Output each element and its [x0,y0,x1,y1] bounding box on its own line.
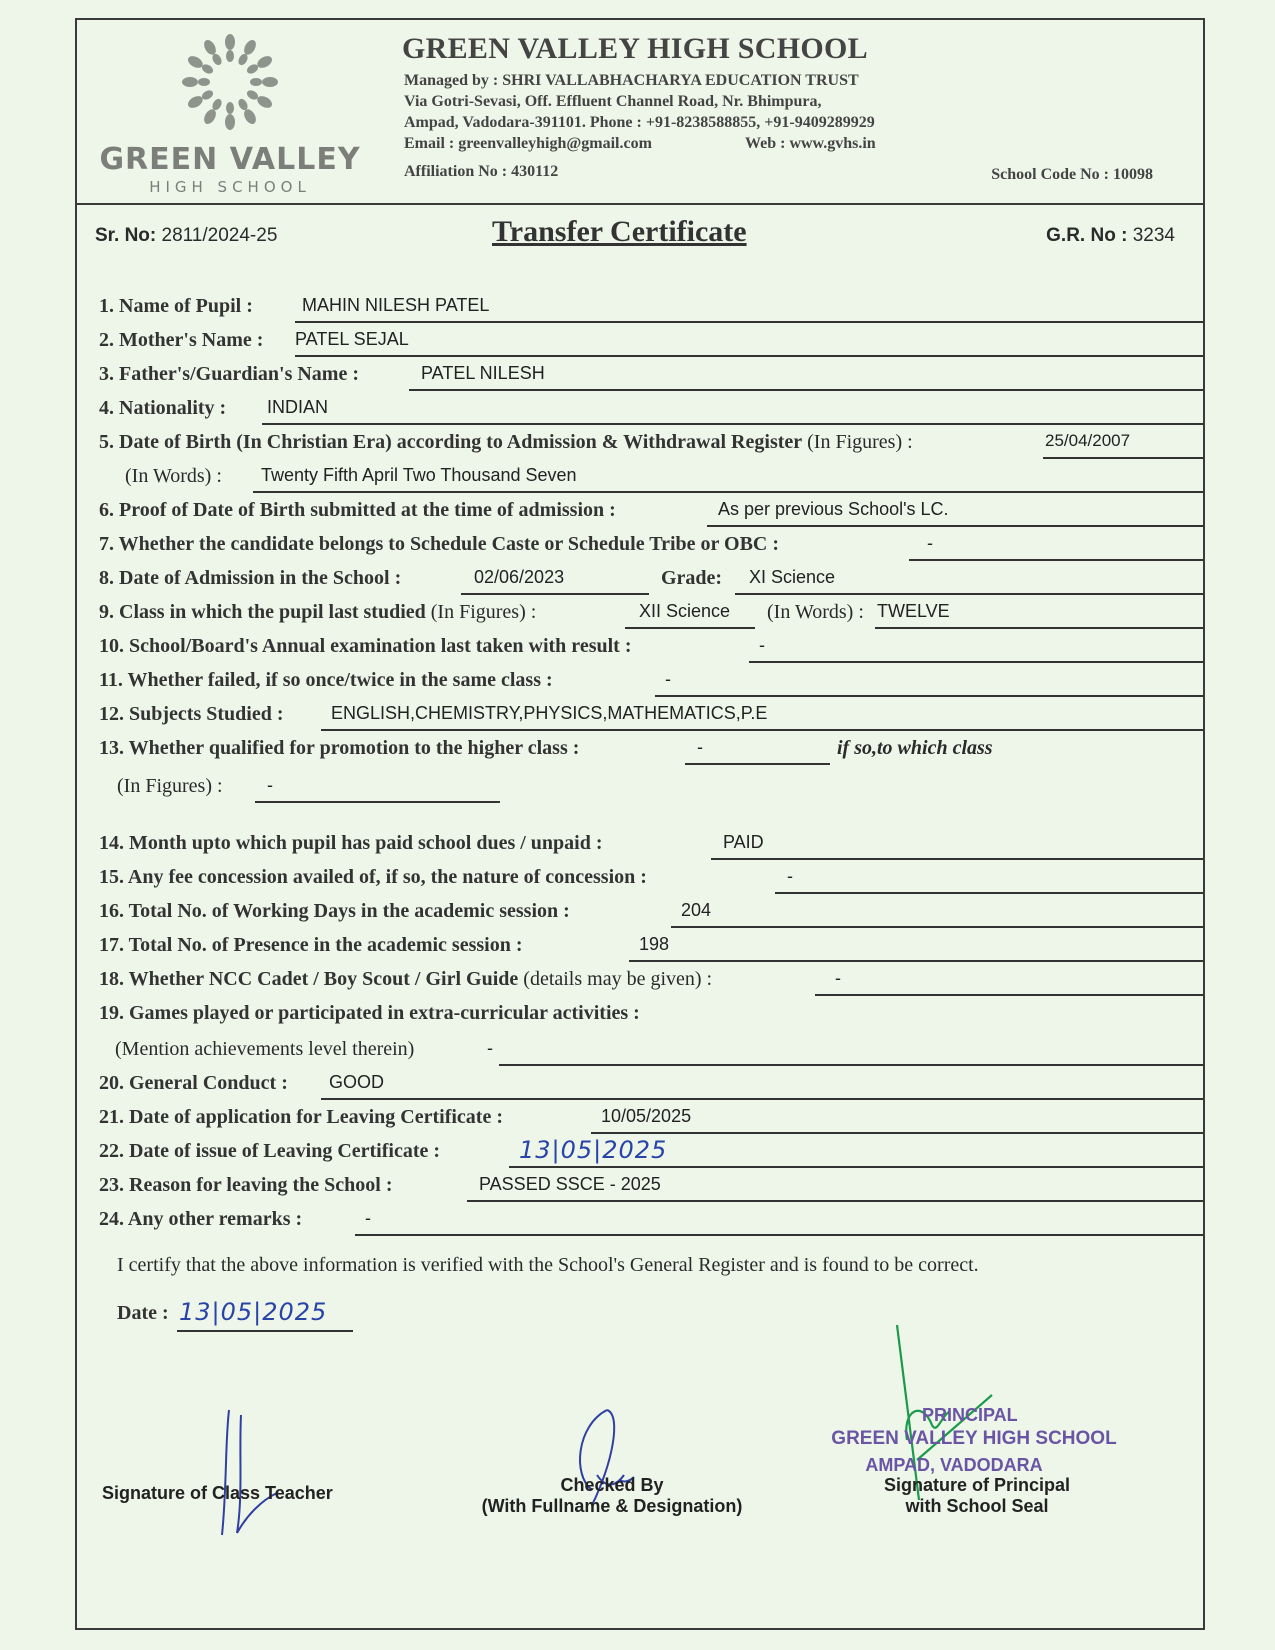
fill-line [655,695,1203,697]
serial-label: Sr. No: [95,225,156,246]
school-name: GREEN VALLEY HIGH SCHOOL [402,32,868,66]
letterhead: GREEN VALLEY HIGH SCHOOL GREEN VALLEY HI… [77,20,1203,205]
fill-line [321,1098,1203,1100]
field-label: 3. Father's/Guardian's Name : [99,363,359,385]
field-days-present: 17. Total No. of Presence in the academi… [99,934,1203,964]
field-label: 9. Class in which the pupil last studied [99,601,426,623]
field-value: Twenty Fifth April Two Thousand Seven [261,465,577,486]
field-proof-of-dob: 6. Proof of Date of Birth submitted at t… [99,499,1203,529]
field-label-sub: (In Figures) : [807,431,913,453]
field-label: 11. Whether failed, if so once/twice in … [99,669,553,691]
field-value: - [665,669,671,690]
field-value: - [487,1038,493,1059]
fill-line [707,525,1203,527]
field-subjects-studied: 12. Subjects Studied : ENGLISH,CHEMISTRY… [99,703,1203,733]
field-school-dues: 14. Month upto which pupil has paid scho… [99,832,1203,862]
gr-number: G.R. No : 3234 [1046,225,1175,247]
field-value: 02/06/2023 [474,567,564,588]
field-label: 15. Any fee concession availed of, if so… [99,866,647,888]
words-value: TWELVE [877,601,950,622]
fill-line [909,559,1203,561]
words-label: (In Words) : [767,601,864,624]
checked-by-subtitle: (With Fullname & Designation) [472,1496,752,1517]
field-label: 21. Date of application for Leaving Cert… [99,1106,503,1128]
field-label: 18. Whether NCC Cadet / Boy Scout / Girl… [99,968,518,990]
website: Web : www.gvhs.in [745,135,876,153]
school-code: School Code No : 10098 [991,166,1153,184]
field-class-last-studied: 9. Class in which the pupil last studied… [99,601,1203,631]
fill-line [815,994,1203,996]
field-value: PATEL NILESH [421,363,545,384]
certification-statement: I certify that the above information is … [117,1254,1203,1284]
field-value: - [927,533,933,554]
address-line-1: Via Gotri-Sevasi, Off. Effluent Channel … [404,93,822,111]
fill-line [875,627,1203,629]
fill-line [409,389,1203,391]
class-teacher-signature-icon [207,1405,297,1545]
fill-line [355,1234,1203,1236]
field-extracurricular-details: (Mention achievements level therein) - [115,1038,1203,1068]
gr-value: 3234 [1133,225,1175,246]
field-value: - [697,737,703,758]
fill-line [499,1064,1203,1066]
field-value: - [759,635,765,656]
fill-line [295,355,1203,357]
field-label: 8. Date of Admission in the School : [99,567,401,589]
field-nationality: 4. Nationality : INDIAN [99,397,1203,427]
field-label: 14. Month upto which pupil has paid scho… [99,832,603,854]
class-teacher-signature-label: Signature of Class Teacher [102,1483,333,1504]
field-label: 12. Subjects Studied : [99,703,283,725]
logo-subtitle: HIGH SCHOOL [95,178,365,196]
field-general-conduct: 20. General Conduct : GOOD [99,1072,1203,1102]
field-label-sub: (In Figures) : [431,601,537,623]
field-value: MAHIN NILESH PATEL [302,295,489,316]
fill-line [295,321,1203,323]
field-mothers-name: 2. Mother's Name : PATEL SEJAL [99,329,1203,359]
fill-line [461,593,649,595]
field-promotion-figures: (In Figures) : - [117,775,1203,805]
field-label: 13. Whether qualified for promotion to t… [99,737,579,759]
field-date-of-birth-words: (In Words) : Twenty Fifth April Two Thou… [125,465,1203,495]
field-other-remarks: 24. Any other remarks : - [99,1208,1203,1238]
fill-line [262,423,1203,425]
field-value: - [835,968,841,989]
fill-line [467,1200,1203,1202]
gr-label: G.R. No : [1046,225,1127,246]
field-label: 23. Reason for leaving the School : [99,1174,393,1196]
field-label: 1. Name of Pupil : [99,295,253,317]
field-value: XII Science [639,601,730,622]
field-working-days: 16. Total No. of Working Days in the aca… [99,900,1203,930]
field-reason-for-leaving: 23. Reason for leaving the School : PASS… [99,1174,1203,1204]
field-label: 16. Total No. of Working Days in the aca… [99,900,570,922]
fill-line [177,1330,353,1332]
fill-line [735,593,1203,595]
field-fee-concession: 15. Any fee concession availed of, if so… [99,866,1203,896]
field-value: PAID [723,832,764,853]
field-value: 10/05/2025 [601,1106,691,1127]
date-value-handwritten: 13|05|2025 [179,1298,327,1326]
field-label: 19. Games played or participated in extr… [99,1002,640,1024]
affiliation-number: Affiliation No : 430112 [404,163,558,181]
field-ncc-scout-guide: 18. Whether NCC Cadet / Boy Scout / Girl… [99,968,1203,998]
certificate-title: Transfer Certificate [492,215,747,249]
field-whether-failed: 11. Whether failed, if so once/twice in … [99,669,1203,699]
field-value: 204 [681,900,711,921]
field-value: INDIAN [267,397,328,418]
field-value: PATEL SEJAL [295,329,409,350]
field-value: - [365,1208,371,1229]
field-issue-date: 22. Date of issue of Leaving Certificate… [99,1140,1203,1170]
field-label: 4. Nationality : [99,397,226,419]
fill-line [591,1132,1203,1134]
field-date-of-admission: 8. Date of Admission in the School : 02/… [99,567,1203,597]
principal-signature-label: Signature of Principal with School Seal [847,1475,1107,1517]
field-label: 6. Proof of Date of Birth submitted at t… [99,499,616,521]
address-line-2: Ampad, Vadodara-391101. Phone : +91-8238… [404,114,875,132]
serial-value: 2811/2024-25 [162,225,278,246]
fill-line [711,858,1203,860]
field-value: 25/04/2007 [1045,431,1130,451]
field-label: 10. School/Board's Annual examination la… [99,635,631,657]
field-fathers-name: 3. Father's/Guardian's Name : PATEL NILE… [99,363,1203,393]
fill-line [1043,457,1203,459]
grade-label: Grade: [661,567,722,590]
field-qualified-promotion: 13. Whether qualified for promotion to t… [99,737,1203,767]
checked-by-label: Checked By (With Fullname & Designation) [472,1475,752,1517]
field-label-sub: (Mention achievements level therein) [115,1038,414,1060]
transfer-certificate: GREEN VALLEY HIGH SCHOOL GREEN VALLEY HI… [75,18,1205,1630]
field-label: (In Figures) : [117,775,223,797]
fill-line [253,491,1203,493]
field-label: 2. Mother's Name : [99,329,263,351]
certification-date: Date : 13|05|2025 [117,1302,1203,1332]
field-label: 22. Date of issue of Leaving Certificate… [99,1140,440,1162]
field-label: 20. General Conduct : [99,1072,288,1094]
serial-number: Sr. No: 2811/2024-25 [95,225,277,247]
school-logo: GREEN VALLEY HIGH SCHOOL [95,32,365,197]
managed-by: Managed by : SHRI VALLABHACHARYA EDUCATI… [404,72,859,90]
stamp-place: AMPAD, VADODARA [829,1455,1079,1476]
field-extracurricular: 19. Games played or participated in extr… [99,1002,1203,1032]
field-value: PASSED SSCE - 2025 [479,1174,661,1195]
stamp-school-name: GREEN VALLEY HIGH SCHOOL [829,1428,1119,1450]
checked-by-title: Checked By [472,1475,752,1496]
field-value: - [787,866,793,887]
field-label: (In Words) : [125,465,222,487]
field-label: 24. Any other remarks : [99,1208,302,1230]
logo-wordmark: GREEN VALLEY [95,142,365,177]
principal-title: Signature of Principal [847,1475,1107,1496]
field-value: ENGLISH,CHEMISTRY,PHYSICS,MATHEMATICS,P.… [331,703,767,724]
field-value-handwritten: 13|05|2025 [519,1136,667,1164]
fill-line [321,729,1203,731]
field-caste-category: 7. Whether the candidate belongs to Sche… [99,533,1203,563]
field-label: 17. Total No. of Presence in the academi… [99,934,523,956]
field-value: As per previous School's LC. [718,499,949,520]
fill-line [625,627,755,629]
fill-line [685,763,830,765]
flower-logo-icon [180,32,280,132]
field-annual-exam: 10. School/Board's Annual examination la… [99,635,1203,665]
fill-line [671,926,1203,928]
field-label: 5. Date of Birth (In Christian Era) acco… [99,431,802,453]
field-value: 198 [639,934,669,955]
field-label-sub: (details may be given) : [523,968,712,990]
field-value: - [267,775,273,796]
field-application-date: 21. Date of application for Leaving Cert… [99,1106,1203,1136]
fill-line [509,1166,1203,1168]
principal-subtitle: with School Seal [847,1496,1107,1517]
fill-line [775,892,1203,894]
field-name-of-pupil: 1. Name of Pupil : MAHIN NILESH PATEL [99,295,1203,325]
date-label: Date : [117,1302,169,1324]
fill-line [749,661,1203,663]
grade-value: XI Science [749,567,835,588]
field-date-of-birth: 5. Date of Birth (In Christian Era) acco… [99,431,1203,461]
email: Email : greenvalleyhigh@gmail.com [404,135,652,153]
field-label: 7. Whether the candidate belongs to Sche… [99,533,779,555]
stamp-title: PRINCIPAL [922,1405,1018,1426]
which-class-label: if so,to which class [837,737,993,760]
fill-line [255,801,500,803]
fill-line [629,960,1203,962]
field-value: GOOD [329,1072,384,1093]
